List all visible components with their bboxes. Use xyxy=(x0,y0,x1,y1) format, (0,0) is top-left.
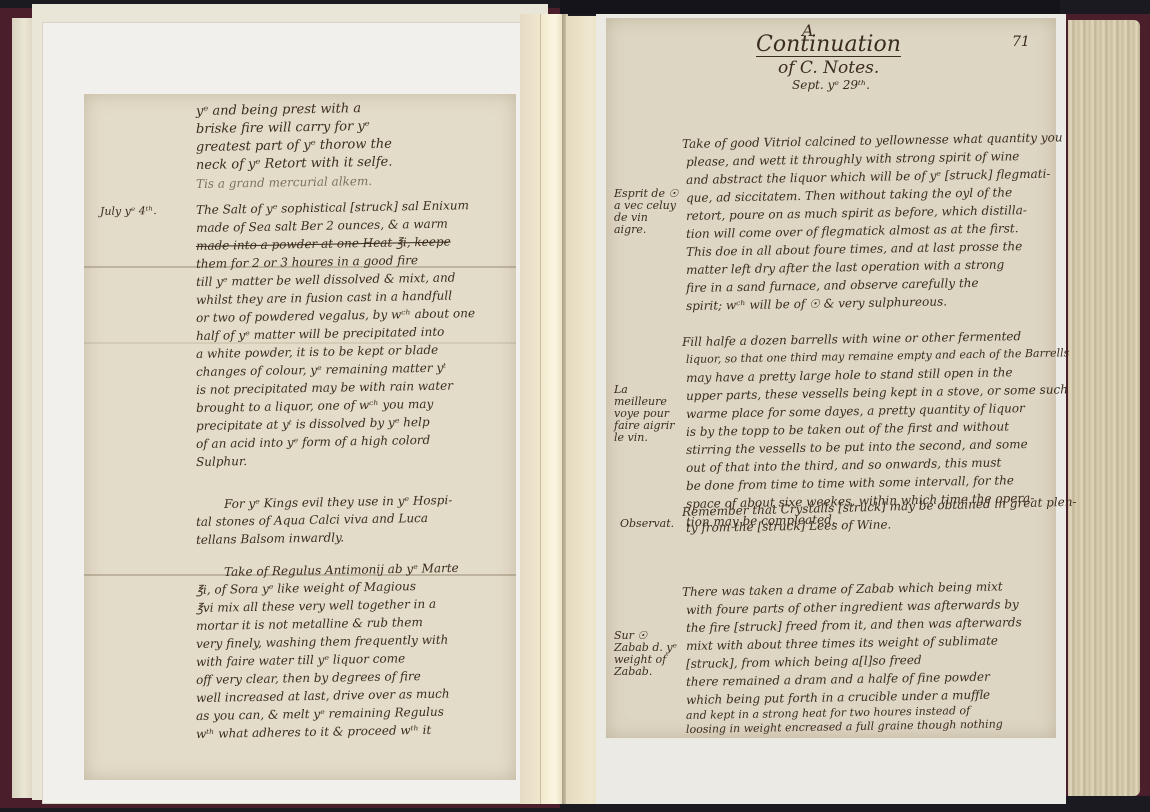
fore-edge-pages xyxy=(1068,20,1140,796)
text-line: mixt with about three times its weight o… xyxy=(686,633,998,654)
text-line: [struck], from which being a[l]so freed xyxy=(686,652,922,672)
margin-note: Observat. xyxy=(620,518,680,530)
background-top xyxy=(560,0,1060,14)
right-manuscript-leaf: A Continuation of C. Notes. Sept. yᵉ 29ᵗ… xyxy=(606,18,1056,738)
left-page-text-lower: according to art, especially wᵗʰ a littl… xyxy=(84,94,516,780)
folio-number: 71 xyxy=(1012,34,1030,50)
heading-date: Sept. yᵉ 29ᵗʰ. xyxy=(792,78,870,92)
heading-title: Continuation xyxy=(756,34,901,57)
margin-note: Sur ☉ Zabab d. yᵉ weight of Zabab. xyxy=(614,630,680,678)
heading-subtitle: of C. Notes. xyxy=(778,58,879,78)
margin-note: La meilleure voye pour faire aigrir le v… xyxy=(614,384,680,444)
text-line: spirit; wᶜʰ will be of ☉ & very sulphure… xyxy=(686,293,947,314)
text-line: ty from the [struck] Lees of Wine. xyxy=(686,516,892,536)
margin-note: Esprit de ☉ a vec celuy de vin aigre. xyxy=(614,188,680,236)
